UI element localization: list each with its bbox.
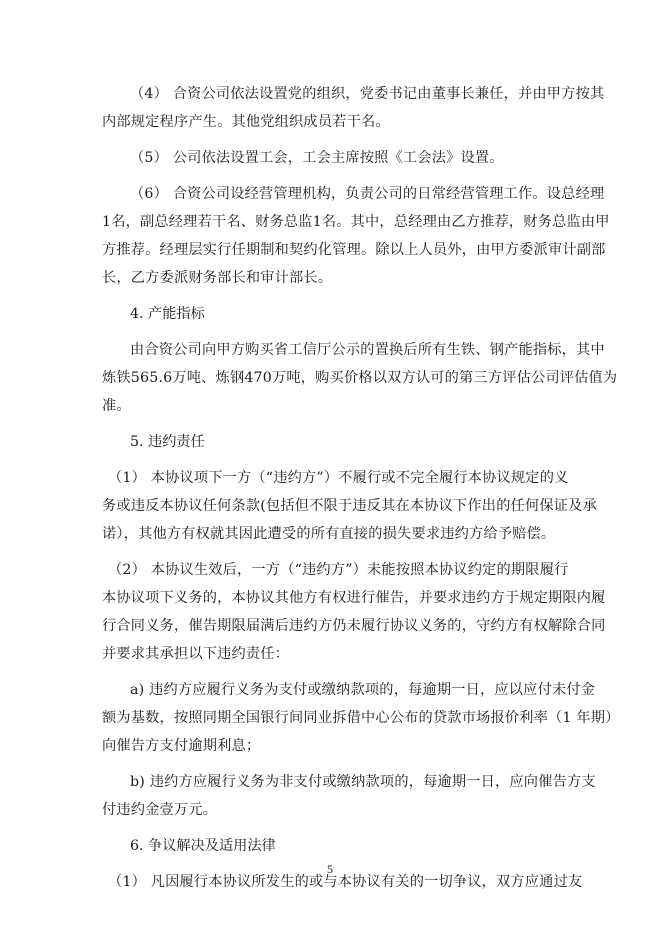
section-heading-liability: 5. 违约责任 xyxy=(102,428,562,456)
clause-5-labor-union: （5） 公司依法设置工会，工会主席按照《工会法》设置。 xyxy=(102,144,562,172)
text-line: a) 违约方应履行义务为支付或缴纳款项的，每逾期一日，应以应付未付金 xyxy=(102,676,562,704)
clause-4-party-organization: （4） 合资公司依法设置党的组织，党委书记由董事长兼任，并由甲方按其 内部规定程… xyxy=(102,80,562,136)
text-line: 本协议项下义务的，本协议其他方有权进行催告，并要求违约方于规定期限内履 xyxy=(102,584,562,612)
text-line: 由合资公司向甲方购买省工信厅公示的置换后所有生铁、钢产能指标，其中 xyxy=(102,336,562,364)
section-heading-dispute: 6. 争议解决及适用法律 xyxy=(102,832,562,860)
text-line: 务或违反本协议任何条款(包括但不限于违反其在本协议下作出的任何保证及承 xyxy=(102,492,562,520)
liability-item-a: a) 违约方应履行义务为支付或缴纳款项的，每逾期一日，应以应付未付金 额为基数，… xyxy=(102,676,562,760)
text-line: 长，乙方委派财务部长和审计部长。 xyxy=(102,264,562,292)
text-line: 行合同义务，催告期限届满后违约方仍未履行协议义务的，守约方有权解除合同 xyxy=(102,612,562,640)
clause-6-management: （6） 合资公司设经营管理机构，负责公司的日常经营管理工作。设总经理 1名，副总… xyxy=(102,180,562,292)
text-line: 付违约金壹万元。 xyxy=(102,796,562,824)
liability-clause-2: （2） 本协议生效后，一方（“违约方”）未能按照本协议约定的期限履行 本协议项下… xyxy=(102,556,562,668)
text-line: 并要求其承担以下违约责任： xyxy=(102,640,562,668)
section-heading-capacity: 4. 产能指标 xyxy=(102,300,562,328)
text-line: （1） 本协议项下一方（“违约方”）不履行或不完全履行本协议规定的义 xyxy=(102,464,562,492)
capacity-paragraph: 由合资公司向甲方购买省工信厅公示的置换后所有生铁、钢产能指标，其中 炼铁565.… xyxy=(102,336,562,420)
text-line: 向催告方支付逾期利息； xyxy=(102,732,562,760)
text-line: 准。 xyxy=(102,392,562,420)
text-line: 诺），其他方有权就其因此遭受的所有直接的损失要求违约方给予赔偿。 xyxy=(102,520,562,548)
text-line: （2） 本协议生效后，一方（“违约方”）未能按照本协议约定的期限履行 xyxy=(102,556,562,584)
text-line: （6） 合资公司设经营管理机构，负责公司的日常经营管理工作。设总经理 xyxy=(102,180,562,208)
liability-item-b: b) 违约方应履行义务为非支付或缴纳款项的，每逾期一日，应向催告方支 付违约金壹… xyxy=(102,768,562,824)
document-page: （4） 合资公司依法设置党的组织，党委书记由董事长兼任，并由甲方按其 内部规定程… xyxy=(102,80,562,904)
text-line: 1名，副总经理若干名、财务总监1名。其中，总经理由乙方推荐，财务总监由甲 xyxy=(102,208,562,236)
text-line: 炼铁565.6万吨、炼钢470万吨，购买价格以双方认可的第三方评估公司评估值为 xyxy=(102,364,562,392)
text-line: 方推荐。经理层实行任期制和契约化管理。除以上人员外，由甲方委派审计副部 xyxy=(102,236,562,264)
text-line: （4） 合资公司依法设置党的组织，党委书记由董事长兼任，并由甲方按其 xyxy=(102,80,562,108)
text-line: 内部规定程序产生。其他党组织成员若干名。 xyxy=(102,108,562,136)
page-number: 5 xyxy=(0,862,660,877)
liability-clause-1: （1） 本协议项下一方（“违约方”）不履行或不完全履行本协议规定的义 务或违反本… xyxy=(102,464,562,548)
text-line: b) 违约方应履行义务为非支付或缴纳款项的，每逾期一日，应向催告方支 xyxy=(102,768,562,796)
text-line: （5） 公司依法设置工会，工会主席按照《工会法》设置。 xyxy=(102,144,562,172)
text-line: 额为基数，按照同期全国银行间同业拆借中心公布的贷款市场报价利率（1 年期） xyxy=(102,704,562,732)
